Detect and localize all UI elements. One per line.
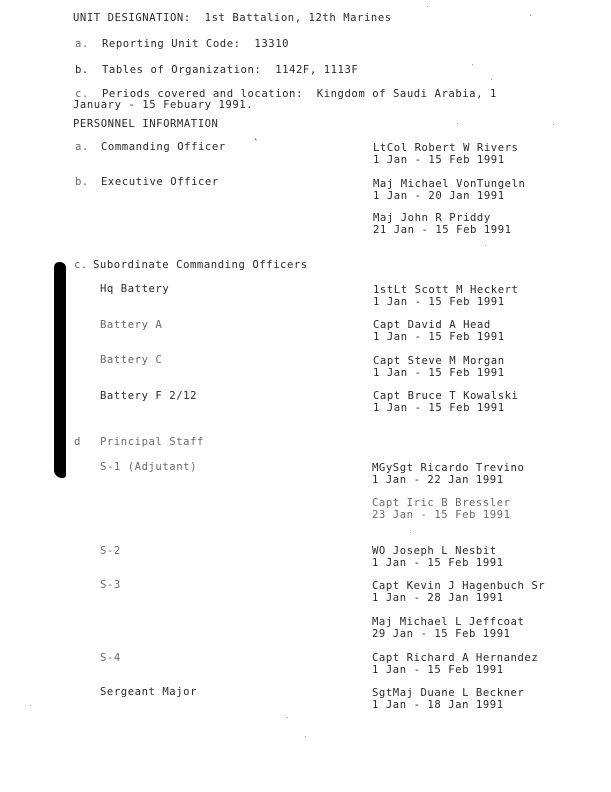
periods-line-2: January - 15 Febuary 1991. bbox=[73, 99, 253, 111]
officer-period: 1 Jan - 15 Feb 1991 bbox=[372, 557, 504, 569]
unit-label-battery-f: Battery F 2/12 bbox=[100, 390, 197, 402]
officer-name: Capt Kevin J Hagenbuch Sr bbox=[372, 580, 545, 592]
scan-speck bbox=[427, 6, 428, 7]
s2-entry-1: WO Joseph L Nesbit 1 Jan - 15 Feb 1991 bbox=[372, 545, 504, 569]
s1-entry-1: MGySgt Ricardo Trevino 1 Jan - 22 Jan 19… bbox=[372, 462, 524, 486]
officer-name: WO Joseph L Nesbit bbox=[372, 545, 504, 557]
officer-period: 1 Jan - 20 Jan 1991 bbox=[373, 190, 525, 202]
principal-staff-marker: d bbox=[74, 436, 81, 448]
scan-speck bbox=[287, 717, 288, 718]
scan-speck bbox=[553, 124, 554, 125]
s4-entry-1: Capt Richard A Hernandez 1 Jan - 15 Feb … bbox=[372, 652, 538, 676]
unit-entry-battery-a: Capt David A Head 1 Jan - 15 Feb 1991 bbox=[373, 319, 505, 343]
officer-period: 1 Jan - 15 Feb 1991 bbox=[372, 664, 538, 676]
officer-period: 1 Jan - 28 Jan 1991 bbox=[372, 592, 545, 604]
s3-entry-2: Maj Michael L Jeffcoat 29 Jan - 15 Feb 1… bbox=[372, 616, 524, 640]
scan-speck bbox=[485, 245, 486, 246]
officer-period: 1 Jan - 18 Jan 1991 bbox=[372, 699, 524, 711]
item-a-marker: a. bbox=[75, 38, 89, 50]
unit-entry-battery-c: Capt Steve M Morgan 1 Jan - 15 Feb 1991 bbox=[373, 355, 505, 379]
redaction-bar bbox=[54, 262, 66, 478]
scan-speck bbox=[491, 79, 492, 80]
xo-entry-1: Maj Michael VonTungeln 1 Jan - 20 Jan 19… bbox=[373, 178, 525, 202]
co-marker: a. bbox=[75, 141, 89, 153]
xo-entry-2: Maj John R Priddy 21 Jan - 15 Feb 1991 bbox=[373, 212, 512, 236]
staff-label-s1: S-1 (Adjutant) bbox=[100, 461, 197, 473]
scan-speck bbox=[30, 705, 31, 706]
staff-label-s4: S-4 bbox=[100, 652, 121, 664]
staff-label-s3: S-3 bbox=[100, 579, 121, 591]
xo-label: Executive Officer bbox=[101, 176, 219, 188]
officer-name: Capt David A Head bbox=[373, 319, 505, 331]
unit-designation-value: 1st Battalion, 12th Marines bbox=[205, 12, 392, 24]
unit-designation-label: UNIT DESIGNATION: bbox=[73, 12, 191, 24]
scan-speck bbox=[305, 736, 306, 737]
officer-name: SgtMaj Duane L Beckner bbox=[372, 687, 524, 699]
s1-entry-2: Capt Iric B Bressler 23 Jan - 15 Feb 199… bbox=[372, 497, 511, 521]
scan-speck bbox=[530, 15, 531, 16]
officer-name: Capt Steve M Morgan bbox=[373, 355, 505, 367]
officer-period: 1 Jan - 15 Feb 1991 bbox=[373, 331, 505, 343]
officer-name: Capt Richard A Hernandez bbox=[372, 652, 538, 664]
item-b-marker: b. bbox=[75, 64, 89, 76]
officer-period: 29 Jan - 15 Feb 1991 bbox=[372, 628, 524, 640]
xo-marker: b. bbox=[75, 176, 89, 188]
principal-staff-label: Principal Staff bbox=[100, 436, 204, 448]
unit-label-battery-c: Battery C bbox=[100, 354, 162, 366]
staff-label-s2: S-2 bbox=[100, 545, 121, 557]
officer-name: Capt Iric B Bressler bbox=[372, 497, 511, 509]
scan-speck bbox=[472, 64, 473, 65]
officer-name: MGySgt Ricardo Trevino bbox=[372, 462, 524, 474]
unit-label-battery-a: Battery A bbox=[100, 319, 162, 331]
officer-name: Maj Michael VonTungeln bbox=[373, 178, 525, 190]
officer-name: LtCol Robert W Rivers bbox=[373, 142, 519, 154]
s3-entry-1: Capt Kevin J Hagenbuch Sr 1 Jan - 28 Jan… bbox=[372, 580, 545, 604]
unit-designation-line: UNIT DESIGNATION: 1st Battalion, 12th Ma… bbox=[73, 12, 392, 24]
unit-label-hq-battery: Hq Battery bbox=[100, 283, 169, 295]
officer-name: Capt Bruce T Kowalski bbox=[373, 390, 519, 402]
unit-entry-battery-f: Capt Bruce T Kowalski 1 Jan - 15 Feb 199… bbox=[373, 390, 519, 414]
tables-of-organization: Tables of Organization: 1142F, 1113F bbox=[102, 64, 358, 76]
officer-name: Maj John R Priddy bbox=[373, 212, 512, 224]
officer-name: 1stLt Scott M Heckert bbox=[373, 284, 519, 296]
sgtmaj-entry-1: SgtMaj Duane L Beckner 1 Jan - 18 Jan 19… bbox=[372, 687, 524, 711]
stray-mark: ` bbox=[253, 138, 260, 150]
officer-period: 23 Jan - 15 Feb 1991 bbox=[372, 509, 511, 521]
reporting-unit-code: Reporting Unit Code: 13310 bbox=[102, 38, 289, 50]
officer-period: 1 Jan - 15 Feb 1991 bbox=[373, 367, 505, 379]
scan-speck bbox=[457, 123, 458, 124]
scan-speck bbox=[410, 532, 411, 533]
co-label: Commanding Officer bbox=[101, 141, 226, 153]
subordinate-label: Subordinate Commanding Officers bbox=[93, 259, 308, 271]
subordinate-marker: c. bbox=[74, 259, 88, 271]
officer-period: 1 Jan - 15 Feb 1991 bbox=[373, 154, 519, 166]
co-entry: LtCol Robert W Rivers 1 Jan - 15 Feb 199… bbox=[373, 142, 519, 166]
officer-name: Maj Michael L Jeffcoat bbox=[372, 616, 524, 628]
personnel-heading: PERSONNEL INFORMATION bbox=[73, 118, 219, 130]
unit-entry-hq-battery: 1stLt Scott M Heckert 1 Jan - 15 Feb 199… bbox=[373, 284, 519, 308]
officer-period: 1 Jan - 15 Feb 1991 bbox=[373, 402, 519, 414]
officer-period: 1 Jan - 15 Feb 1991 bbox=[373, 296, 519, 308]
staff-label-sergeant-major: Sergeant Major bbox=[100, 686, 197, 698]
officer-period: 21 Jan - 15 Feb 1991 bbox=[373, 224, 512, 236]
officer-period: 1 Jan - 22 Jan 1991 bbox=[372, 474, 524, 486]
